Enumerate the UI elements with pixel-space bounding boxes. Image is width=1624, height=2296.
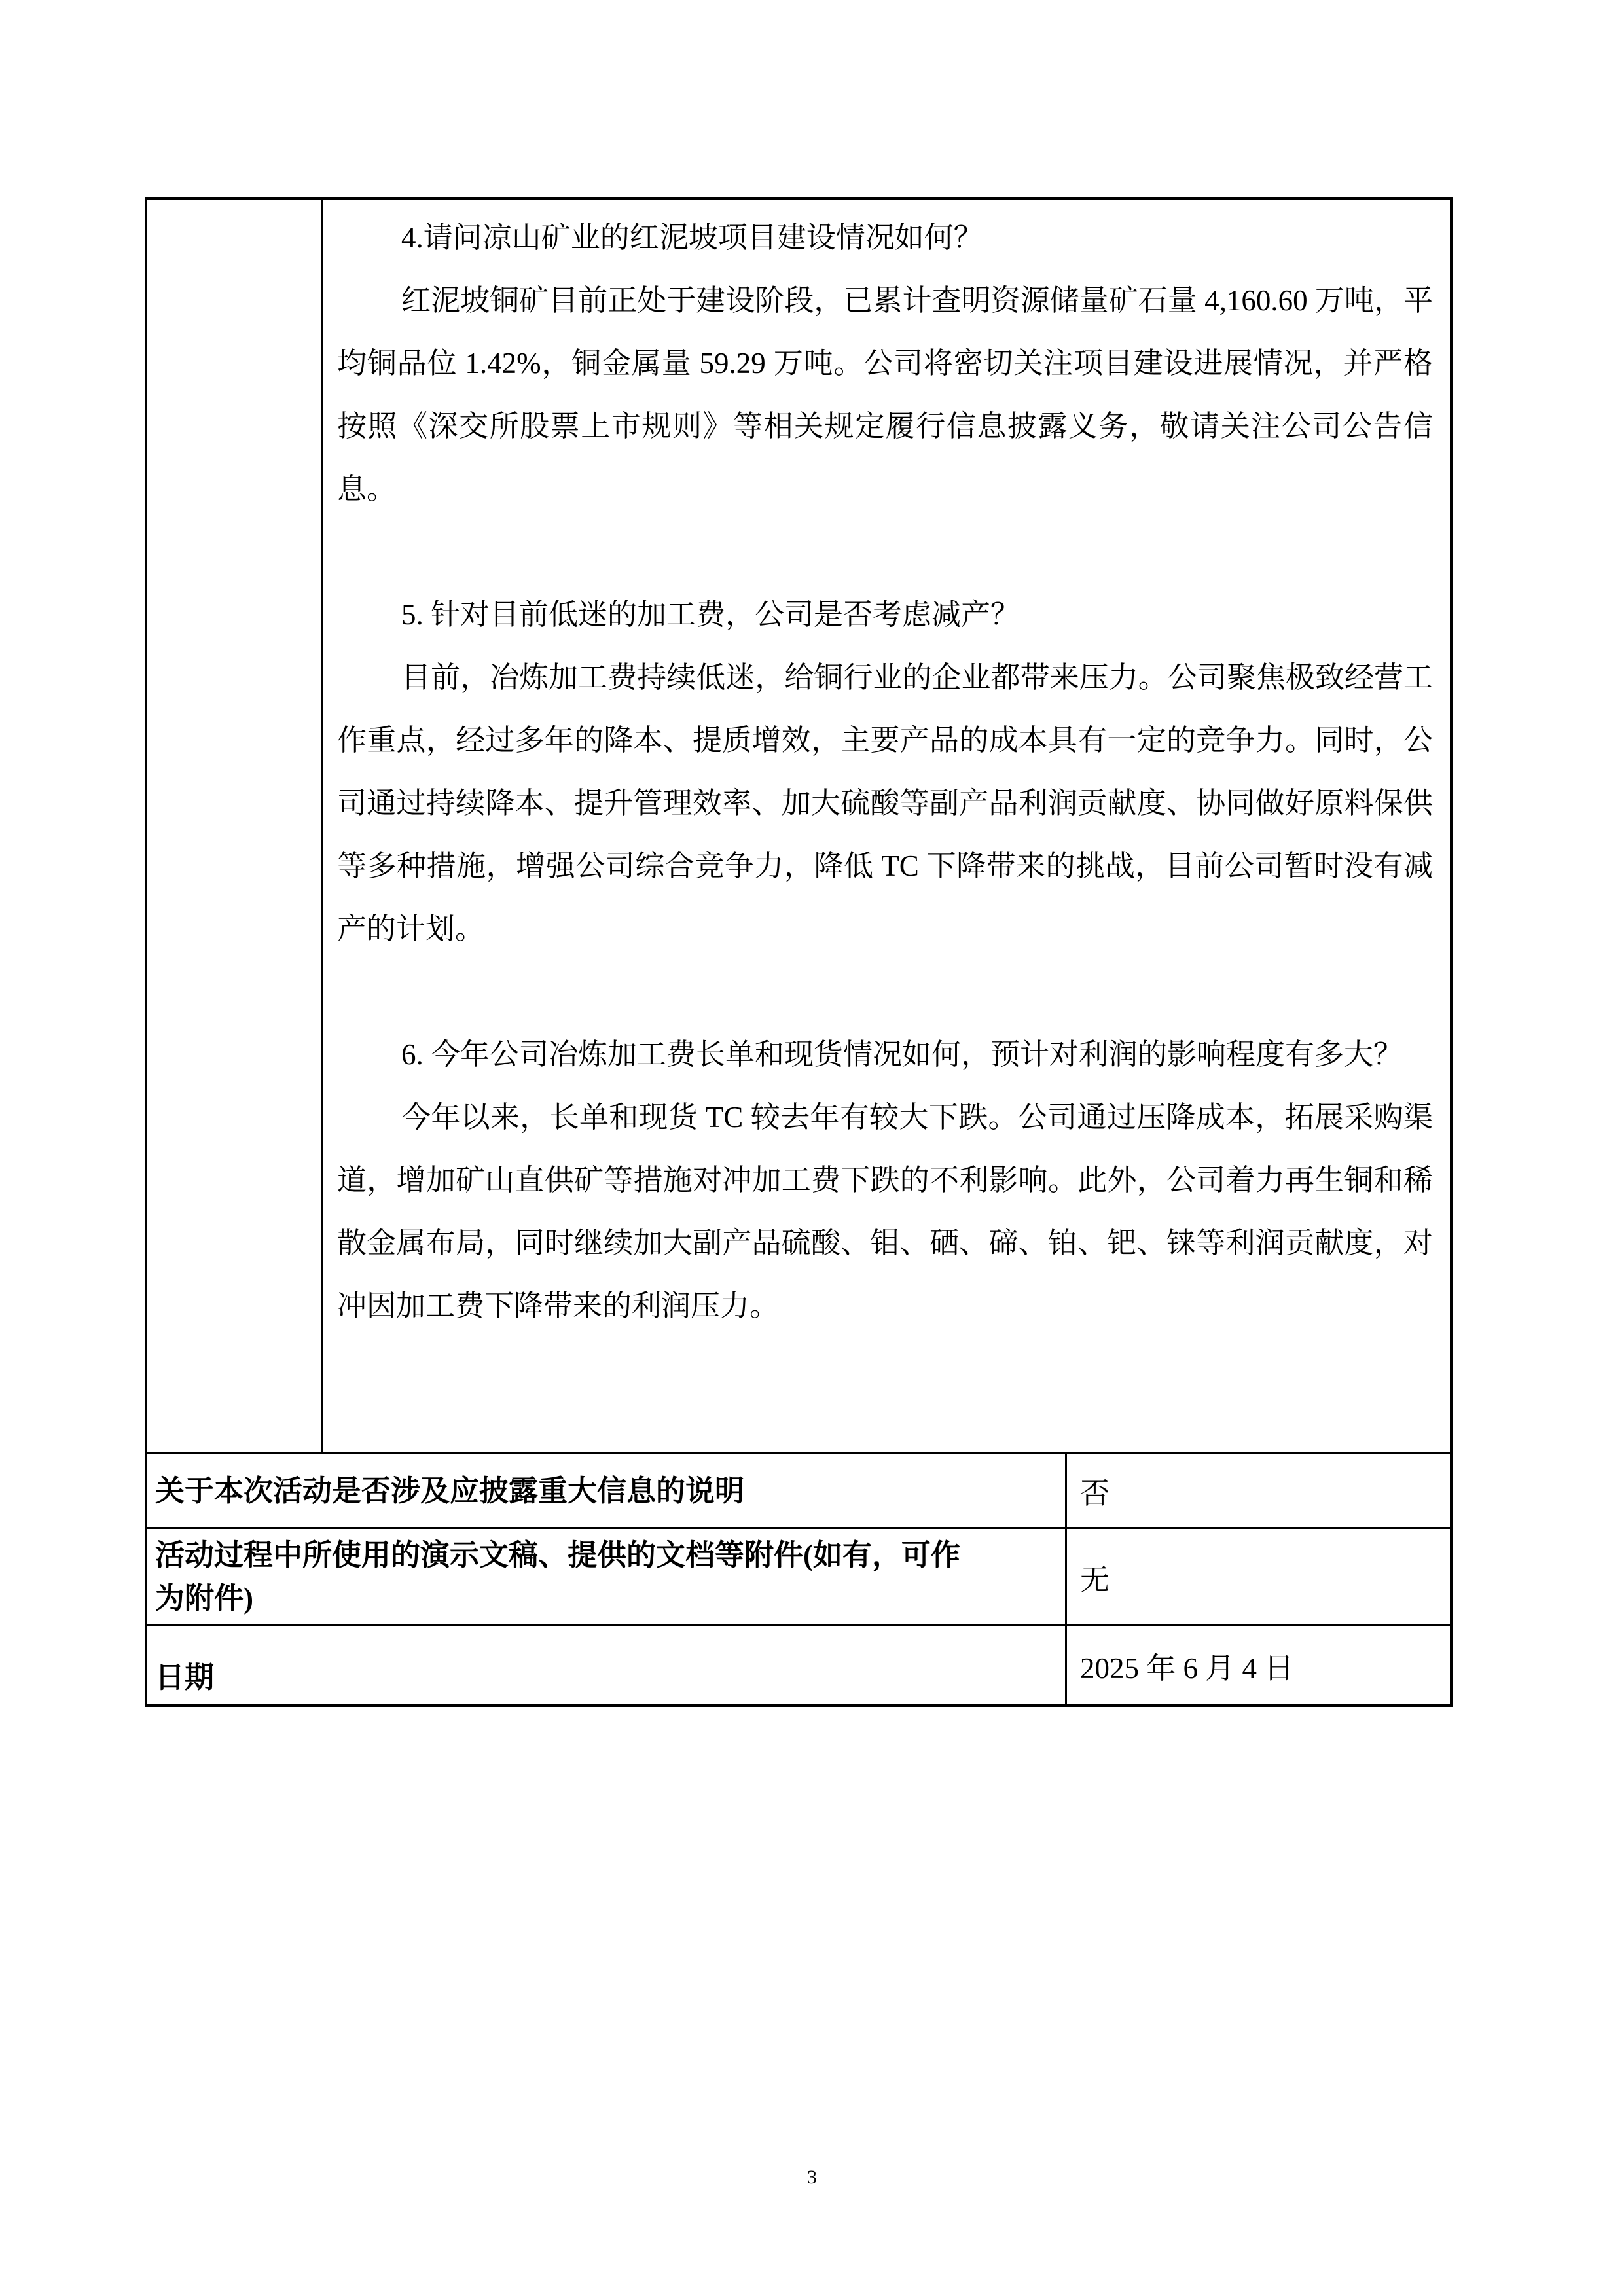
qa-paragraph bbox=[337, 960, 1433, 1023]
qa-paragraph: 6. 今年公司冶炼加工费长单和现货情况如何，预计对利润的影响程度有多大？ bbox=[337, 1023, 1433, 1086]
disclosure-statement-row: 关于本次活动是否涉及应披露重大信息的说明 否 bbox=[147, 1452, 1450, 1527]
date-label: 日期 bbox=[147, 1626, 1067, 1704]
page-number: 3 bbox=[0, 2166, 1624, 2189]
qa-paragraph: 今年以来，长单和现货 TC 较去年有较大下跌。公司通过压降成本，拓展采购渠道，增… bbox=[337, 1086, 1433, 1337]
date-value: 2025 年 6 月 4 日 bbox=[1067, 1626, 1450, 1704]
attachment-label-text: 活动过程中所使用的演示文稿、提供的文档等附件(如有，可作为附件) bbox=[155, 1534, 977, 1620]
date-row: 日期 2025 年 6 月 4 日 bbox=[147, 1624, 1450, 1704]
qa-content-row: 4.请问凉山矿业的红泥坡项目建设情况如何？ 红泥坡铜矿目前正处于建设阶段，已累计… bbox=[147, 200, 1450, 1452]
disclosure-statement-label: 关于本次活动是否涉及应披露重大信息的说明 bbox=[147, 1454, 1067, 1527]
attachment-row: 活动过程中所使用的演示文稿、提供的文档等附件(如有，可作为附件) 无 bbox=[147, 1527, 1450, 1624]
attachment-value: 无 bbox=[1067, 1529, 1450, 1624]
qa-text-cell: 4.请问凉山矿业的红泥坡项目建设情况如何？ 红泥坡铜矿目前正处于建设阶段，已累计… bbox=[323, 200, 1450, 1452]
qa-paragraph: 4.请问凉山矿业的红泥坡项目建设情况如何？ bbox=[337, 206, 1433, 269]
disclosure-statement-value: 否 bbox=[1067, 1454, 1450, 1527]
side-column-empty bbox=[147, 200, 323, 1452]
qa-paragraph: 5. 针对目前低迷的加工费，公司是否考虑减产？ bbox=[337, 583, 1433, 646]
qa-paragraph bbox=[337, 520, 1433, 583]
qa-paragraph: 红泥坡铜矿目前正处于建设阶段，已累计查明资源储量矿石量 4,160.60 万吨，… bbox=[337, 269, 1433, 520]
qa-paragraph: 目前，冶炼加工费持续低迷，给铜行业的企业都带来压力。公司聚焦极致经营工作重点，经… bbox=[337, 646, 1433, 960]
attachment-label: 活动过程中所使用的演示文稿、提供的文档等附件(如有，可作为附件) bbox=[147, 1529, 1067, 1624]
activity-record-table: 4.请问凉山矿业的红泥坡项目建设情况如何？ 红泥坡铜矿目前正处于建设阶段，已累计… bbox=[145, 197, 1453, 1707]
